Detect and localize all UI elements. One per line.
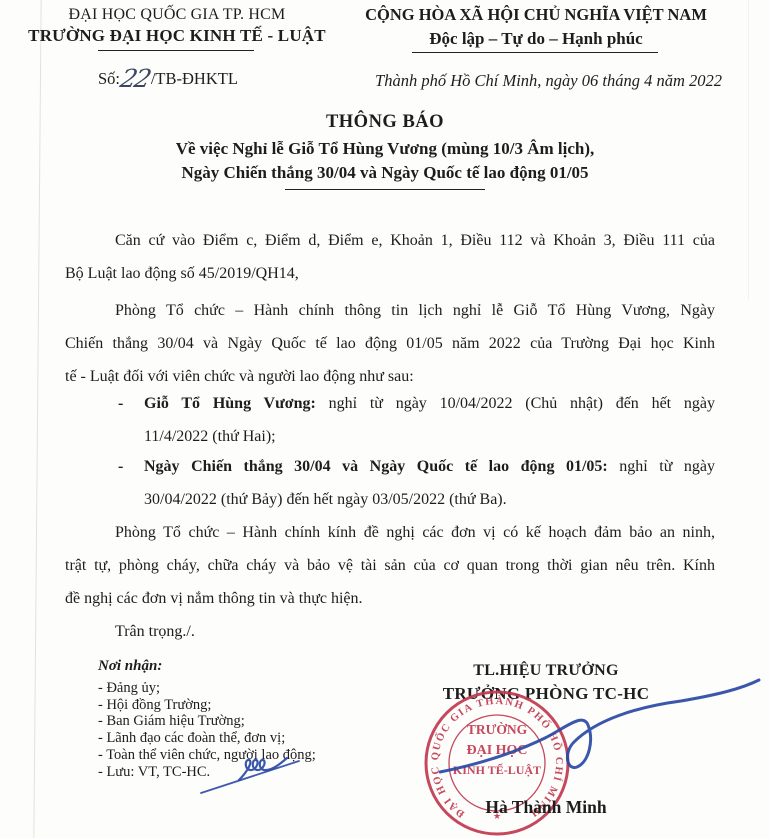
org-name: TRƯỜNG ĐẠI HỌC KINH TẾ - LUẬT <box>18 26 336 46</box>
paragraph-security-request: Phòng Tổ chức – Hành chính kính đề nghị … <box>65 516 715 615</box>
org-underline <box>98 50 254 51</box>
paragraph-line: Phòng Tổ chức – Hành chính thông tin lịc… <box>65 294 715 327</box>
recipient-item: - Hội đồng Trường; <box>98 697 398 714</box>
ref-suffix: /TB-ĐHKTL <box>151 69 238 88</box>
list-item-lead: Giỗ Tổ Hùng Vương: <box>144 395 316 412</box>
national-title: CỘNG HÒA XÃ HỘI CHỦ NGHĨA VIỆT NAM <box>346 5 726 25</box>
subtitle-line-1: Về việc Nghỉ lễ Giỗ Tổ Hùng Vương (mùng … <box>0 137 770 161</box>
list-marker: - <box>118 387 138 420</box>
signer-name: Hà Thành Minh <box>415 797 677 818</box>
national-header-block: CỘNG HÒA XÃ HỘI CHỦ NGHĨA VIỆT NAM Độc l… <box>346 5 726 49</box>
list-item-line: 30/04/2022 (thứ Bảy) đến hết ngày 03/05/… <box>144 483 715 516</box>
motto-underline <box>412 52 658 53</box>
list-item-lead: Ngày Chiến thắng 30/04 và Ngày Quốc tế l… <box>144 458 608 475</box>
recipients-label: Nơi nhận: <box>98 656 398 677</box>
signature-ink <box>430 668 770 803</box>
handwritten-ref-number: 22 <box>119 69 152 89</box>
list-item-line: 11/4/2022 (thứ Hai); <box>144 420 715 453</box>
document-title: THÔNG BÁO <box>0 112 770 133</box>
paraph-ink <box>193 748 313 800</box>
list-item-line: Ngày Chiến thắng 30/04 và Ngày Quốc tế l… <box>144 450 715 483</box>
list-item-hung-vuong-holiday: Giỗ Tổ Hùng Vương: nghỉ từ ngày 10/04/20… <box>144 387 715 453</box>
paragraph-line: Bộ Luật lao động số 45/2019/QH14, <box>65 257 715 290</box>
recipient-item: - Lãnh đạo các đoàn thể, đơn vị; <box>98 730 398 747</box>
national-motto: Độc lập – Tự do – Hạnh phúc <box>346 29 726 49</box>
org-parent-name: ĐẠI HỌC QUỐC GIA TP. HCM <box>18 6 336 24</box>
list-item-rest: nghỉ từ ngày 10/04/2022 (Chủ nhật) đến h… <box>316 395 715 412</box>
paragraph-announcement: Phòng Tổ chức – Hành chính thông tin lịc… <box>65 294 715 393</box>
list-marker: - <box>118 450 138 483</box>
list-item-rest: nghỉ từ ngày <box>608 458 715 475</box>
reference-number: Số:22/TB-ĐHKTL <box>98 66 238 89</box>
paragraph-line: Căn cứ vào Điểm c, Điểm d, Điểm e, Khoản… <box>65 224 715 257</box>
issuing-org-block: ĐẠI HỌC QUỐC GIA TP. HCM TRƯỜNG ĐẠI HỌC … <box>18 6 336 46</box>
title-underline <box>285 189 485 190</box>
paragraph-line: đề nghị các đơn vị nắm thông tin và thực… <box>65 582 715 615</box>
list-item-reunification-labour-day: Ngày Chiến thắng 30/04 và Ngày Quốc tế l… <box>144 450 715 516</box>
paragraph-legal-basis: Căn cứ vào Điểm c, Điểm d, Điểm e, Khoản… <box>65 224 715 290</box>
closing-salutation: Trân trọng./. <box>115 615 195 648</box>
paragraph-line: trật tự, phòng cháy, chữa cháy và bảo vệ… <box>65 549 715 582</box>
paragraph-line: Chiến thắng 30/04 và Ngày Quốc tế lao độ… <box>65 327 715 360</box>
scanned-announcement-document: { "colors": { "ink": "#1d1d1d", "stamp_r… <box>0 0 770 838</box>
recipient-item: - Đảng ủy; <box>98 680 398 697</box>
recipient-item: - Ban Giám hiệu Trường; <box>98 713 398 730</box>
document-subtitle: Về việc Nghỉ lễ Giỗ Tổ Hùng Vương (mùng … <box>0 137 770 184</box>
ref-prefix: Số: <box>98 69 120 88</box>
paragraph-line: Phòng Tổ chức – Hành chính kính đề nghị … <box>65 516 715 549</box>
subtitle-line-2: Ngày Chiến thắng 30/04 và Ngày Quốc tế l… <box>0 161 770 185</box>
list-item-line: Giỗ Tổ Hùng Vương: nghỉ từ ngày 10/04/20… <box>144 387 715 420</box>
place-dateline: Thành phố Hồ Chí Minh, ngày 06 tháng 4 n… <box>375 71 722 91</box>
